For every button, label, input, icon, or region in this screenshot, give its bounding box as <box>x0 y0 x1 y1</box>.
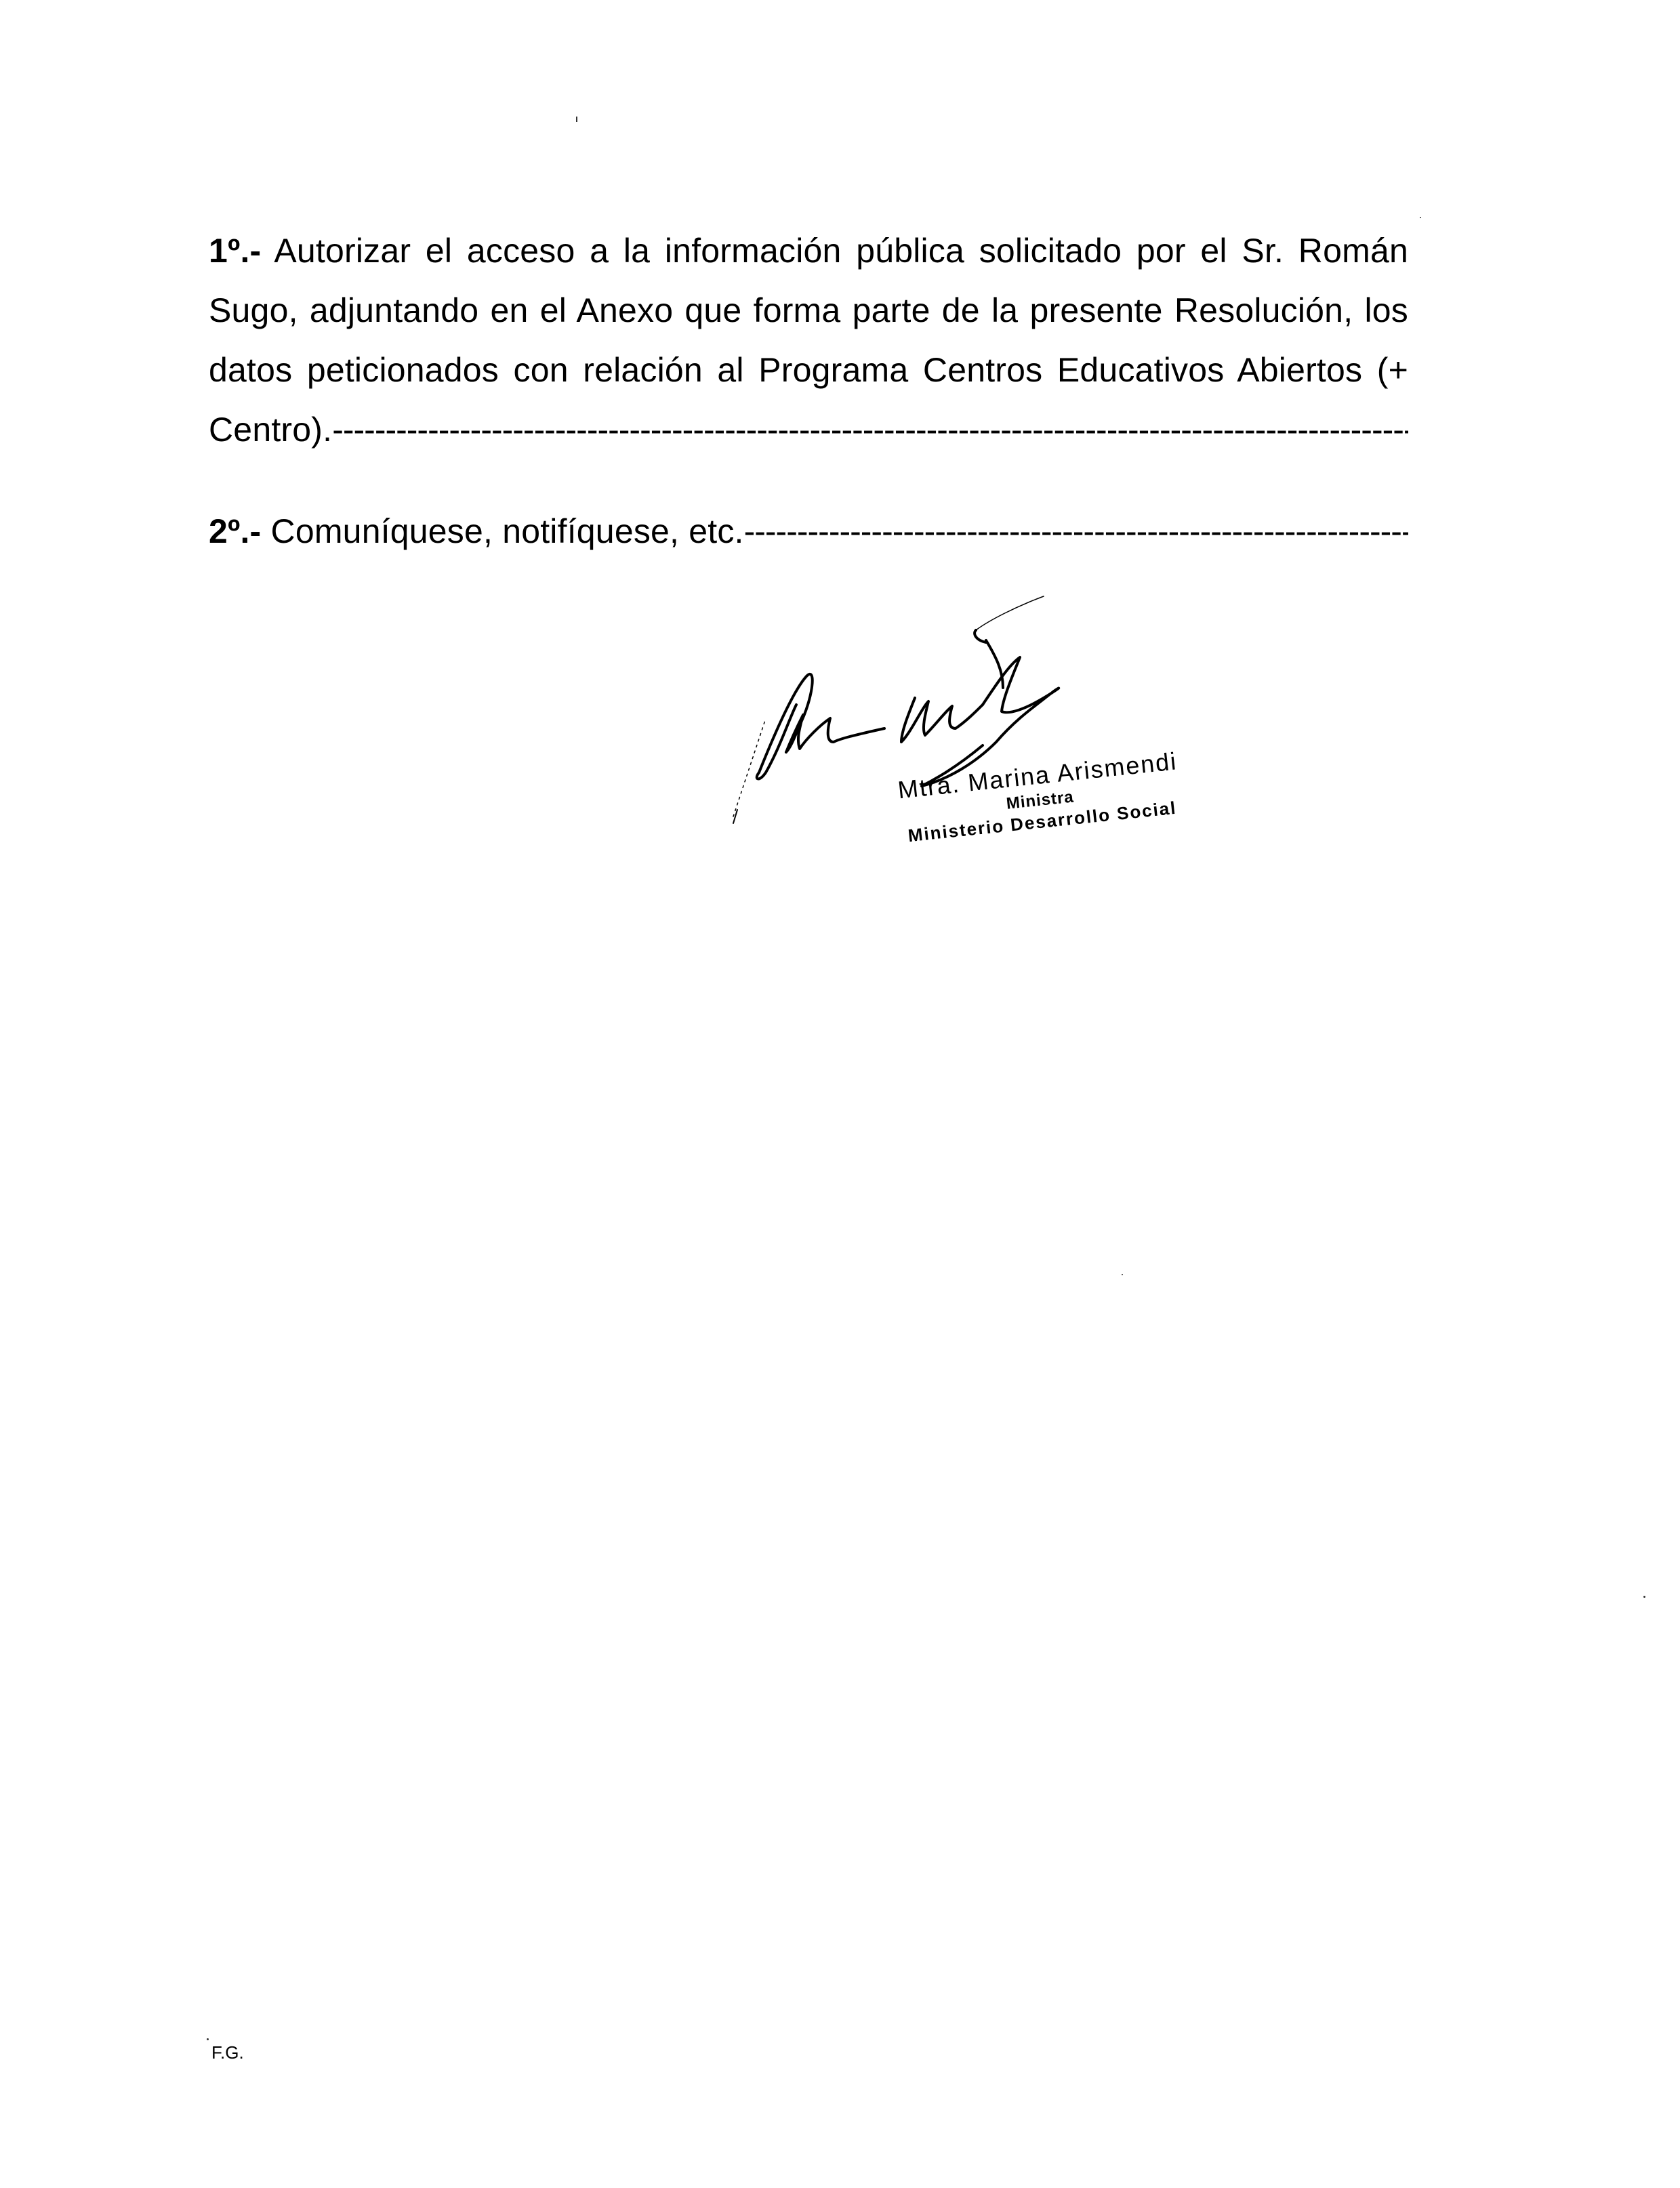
scan-speck <box>1643 1596 1645 1598</box>
article-2-number: 2º.- <box>209 512 261 550</box>
article-1-line-1: 1º.- Autorizar el acceso a la informació… <box>209 221 1408 281</box>
scan-speck <box>1122 1274 1123 1275</box>
scan-speck <box>1420 217 1421 218</box>
scan-speck <box>576 117 577 122</box>
article-2: 2º.- Comuníquese, notifíquese, etc.-----… <box>209 501 1408 561</box>
article-1-line-4: Centro).--------------------------------… <box>209 400 1408 459</box>
dash-fill: ----------------------------------------… <box>744 512 1408 550</box>
article-2-line: 2º.- Comuníquese, notifíquese, etc.-----… <box>209 501 1408 561</box>
scan-speck <box>207 2038 209 2040</box>
article-1-number: 1º.- <box>209 232 261 270</box>
article-1-line-3: datos peticionados con relación al Progr… <box>209 340 1408 400</box>
article-1: 1º.- Autorizar el acceso a la informació… <box>209 221 1408 459</box>
dash-fill: ----------------------------------------… <box>332 411 1408 449</box>
footer-initials: F.G. <box>211 2042 244 2063</box>
article-1-line-2: Sugo, adjuntando en el Anexo que forma p… <box>209 281 1408 340</box>
